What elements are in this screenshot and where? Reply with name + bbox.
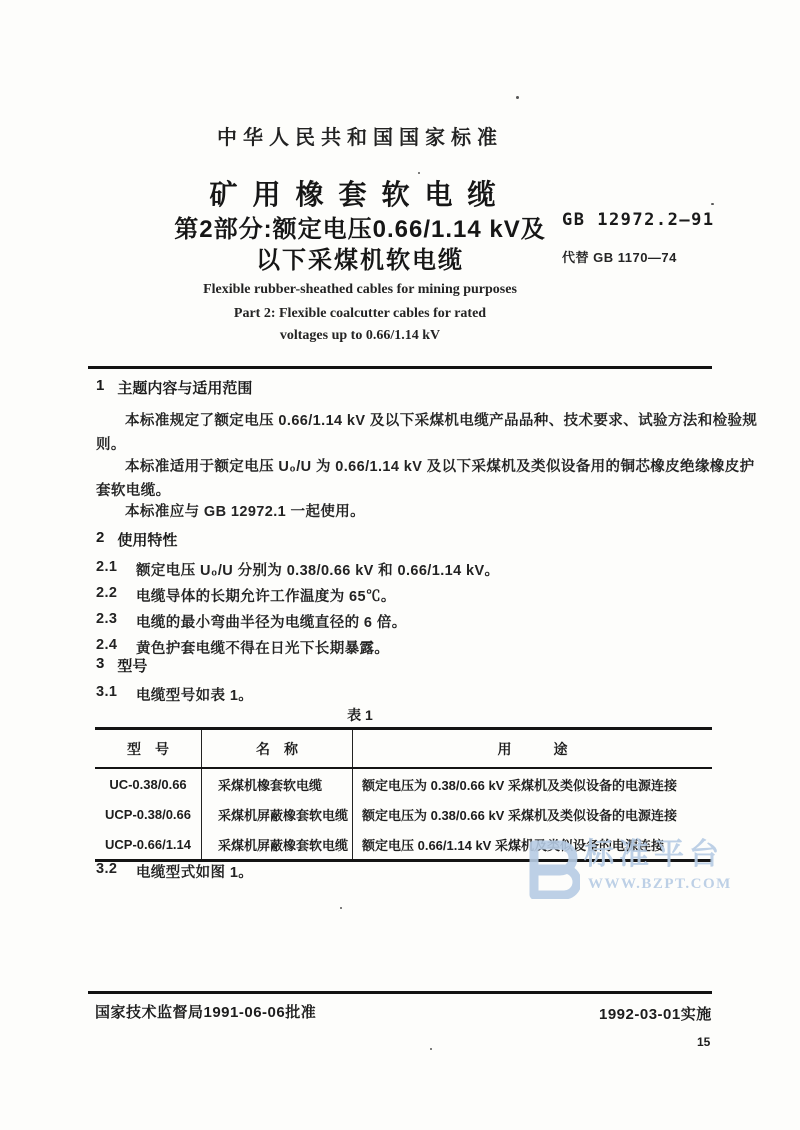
section2-title: 使用特性: [117, 529, 177, 550]
section1-para1-line1: 本标准规定了额定电压 0.66/1.14 kV 及以下采煤机电缆产品品种、技术要…: [125, 409, 757, 430]
implementation-date: 1992-03-01实施: [599, 1003, 712, 1024]
footer-divider-rule: [88, 991, 712, 994]
clause-2-3-text: 电缆的最小弯曲半径为电缆直径的 6 倍。: [136, 611, 407, 632]
standard-title-cn-line1: 矿用橡套软电缆: [88, 173, 632, 213]
bzpt-watermark: 标准平台 WWW.BZPT.COM: [524, 829, 732, 904]
watermark-site-url: WWW.BZPT.COM: [588, 876, 732, 893]
table1-header-name: 名 称: [202, 730, 353, 767]
clause-2-4-text: 黄色护套电缆不得在日光下长期暴露。: [136, 637, 389, 658]
cell-usage: 额定电压为 0.38/0.66 kV 采煤机及类似设备的电源连接: [353, 775, 712, 794]
cell-name: 采煤机屏蔽橡套软电缆: [202, 799, 353, 829]
section1-title: 主题内容与适用范围: [117, 377, 252, 398]
supersedes-note: 代替 GB 1170—74: [562, 247, 677, 266]
section1-para1-line2: 则。: [96, 433, 126, 454]
section1-heading: 1 主题内容与适用范围: [96, 377, 252, 398]
clause-2-2-number: 2.2: [96, 585, 122, 606]
clause-3-2-text: 电缆型式如图 1。: [136, 861, 253, 882]
section2-heading: 2 使用特性: [96, 529, 177, 550]
clause-3-1-number: 3.1: [96, 684, 122, 705]
cell-name: 采煤机橡套软电缆: [202, 769, 353, 799]
header-divider-rule: [88, 366, 712, 369]
bzpt-logo-icon: [524, 839, 580, 904]
table1-header-model: 型 号: [95, 730, 202, 767]
table-row: UC-0.38/0.66 采煤机橡套软电缆 额定电压为 0.38/0.66 kV…: [95, 769, 712, 799]
scan-speck: [516, 96, 519, 99]
clause-3-1-text: 电缆型号如表 1。: [136, 684, 253, 705]
scan-speck: [430, 1048, 432, 1050]
section1-para3: 本标准应与 GB 12972.1 一起使用。: [125, 500, 365, 521]
section3-title: 型号: [117, 655, 147, 676]
standard-title-en-line1: Flexible rubber-sheathed cables for mini…: [88, 282, 632, 298]
clause-2-2: 2.2 电缆导体的长期允许工作温度为 65℃。: [96, 585, 396, 606]
clause-3-1: 3.1 电缆型号如表 1。: [96, 684, 253, 705]
standard-number: GB 12972.2—91: [562, 210, 715, 230]
section1-para2-line2: 套软电缆。: [96, 479, 171, 500]
scan-speck: [711, 203, 714, 205]
section2-number: 2: [96, 529, 104, 550]
clause-3-2-number: 3.2: [96, 861, 122, 882]
standard-title-cn-line3: 以下采煤机软电缆: [88, 240, 632, 275]
watermark-site-name: 标准平台: [584, 829, 732, 873]
clause-2-2-text: 电缆导体的长期允许工作温度为 65℃。: [136, 585, 396, 606]
table-row: UCP-0.38/0.66 采煤机屏蔽橡套软电缆 额定电压为 0.38/0.66…: [95, 799, 712, 829]
scan-speck: [418, 172, 420, 174]
page-number: 15: [697, 1035, 710, 1049]
cell-model: UC-0.38/0.66: [95, 769, 202, 799]
clause-2-1: 2.1 额定电压 U₀/U 分别为 0.38/0.66 kV 和 0.66/1.…: [96, 559, 499, 580]
table1-header-row: 型 号 名 称 用 途: [95, 730, 712, 769]
standard-title-en-line3: voltages up to 0.66/1.14 kV: [88, 328, 632, 344]
watermark-text-block: 标准平台 WWW.BZPT.COM: [584, 829, 732, 893]
scanned-standard-page: 中华人民共和国国家标准 矿用橡套软电缆 第2部分:额定电压0.66/1.14 k…: [0, 0, 800, 1130]
clause-2-3: 2.3 电缆的最小弯曲半径为电缆直径的 6 倍。: [96, 611, 407, 632]
cell-usage: 额定电压为 0.38/0.66 kV 采煤机及类似设备的电源连接: [353, 805, 712, 824]
standard-title-en-line2: Part 2: Flexible coalcutter cables for r…: [88, 306, 632, 322]
cell-model: UCP-0.38/0.66: [95, 799, 202, 829]
approval-authority-date: 国家技术监督局1991-06-06批准: [95, 1001, 316, 1022]
section1-para2-line1: 本标准适用于额定电压 U₀/U 为 0.66/1.14 kV 及以下采煤机及类似…: [125, 455, 755, 476]
national-standard-header: 中华人民共和国国家标准: [88, 121, 632, 150]
scan-speck: [340, 907, 342, 909]
clause-2-1-text: 额定电压 U₀/U 分别为 0.38/0.66 kV 和 0.66/1.14 k…: [136, 559, 499, 580]
clause-2-1-number: 2.1: [96, 559, 122, 580]
clause-2-3-number: 2.3: [96, 611, 122, 632]
section3-number: 3: [96, 655, 104, 676]
clause-3-2: 3.2 电缆型式如图 1。: [96, 861, 253, 882]
table1-header-usage: 用 途: [353, 739, 712, 759]
table1-caption: 表 1: [88, 705, 632, 725]
section3-heading: 3 型号: [96, 655, 147, 676]
standard-title-cn-line2: 第2部分:额定电压0.66/1.14 kV及: [88, 209, 632, 244]
cell-model: UCP-0.66/1.14: [95, 829, 202, 859]
cell-name: 采煤机屏蔽橡套软电缆: [202, 829, 353, 859]
section1-number: 1: [96, 377, 104, 398]
